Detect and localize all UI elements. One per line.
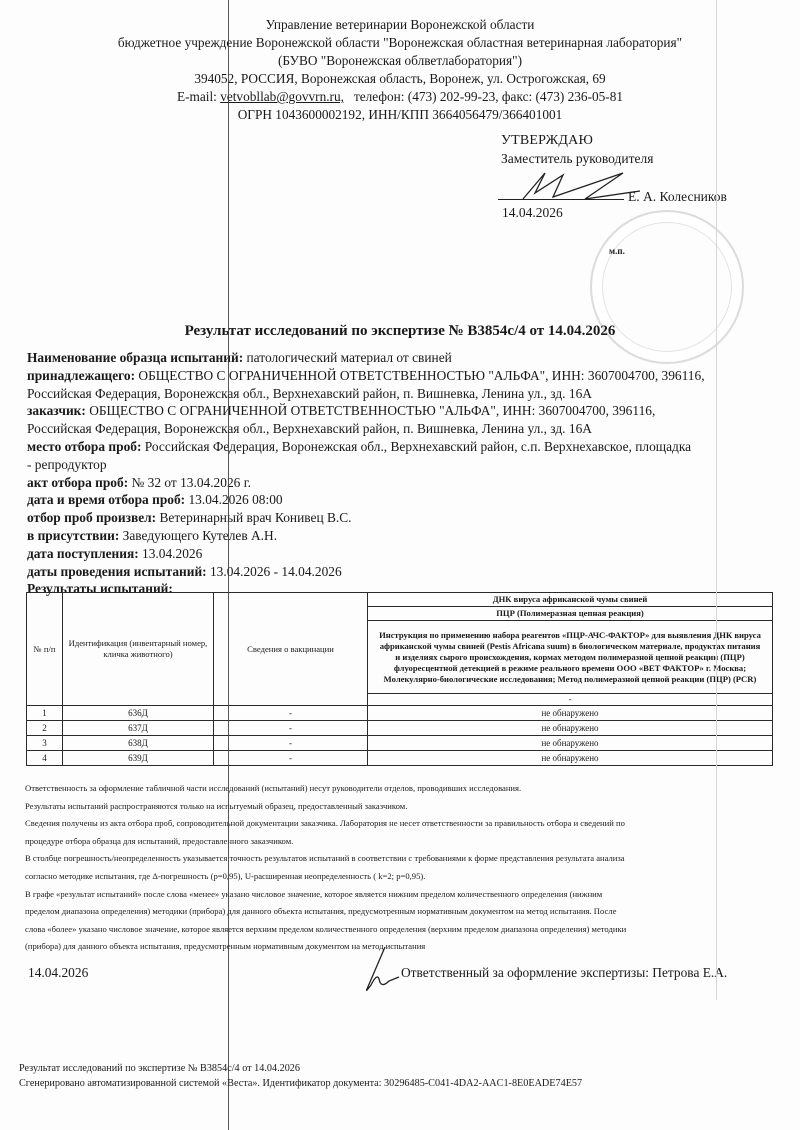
detail-label: акт отбора проб:: [27, 475, 128, 490]
note-line: Результаты испытаний распространяются то…: [25, 798, 785, 816]
approval-title: УТВЕРЖДАЮ: [501, 133, 653, 149]
detail-value: ОБЩЕСТВО С ОГРАНИЧЕННОЙ ОТВЕТСТВЕННОСТЬЮ…: [86, 403, 655, 418]
row-identification: 636Д: [63, 706, 214, 721]
note-line: Ответственность за оформление табличной …: [25, 780, 785, 798]
note-line: В графе «результат испытаний» после слов…: [25, 886, 785, 904]
responsible-person: Ответственный за оформление экспертизы: …: [401, 965, 727, 981]
detail-line: Наименование образца испытаний: патологи…: [27, 349, 777, 367]
detail-line: Российская Федерация, Воронежская обл., …: [27, 420, 777, 438]
phone-fax: телефон: (473) 202-99-23, факс: (473) 23…: [354, 89, 623, 104]
scan-artifact-line: [716, 0, 717, 1000]
detail-value: 13.04.2026 08:00: [185, 492, 282, 507]
detail-line: дата и время отбора проб: 13.04.2026 08:…: [27, 491, 777, 509]
detail-line: дата поступления: 13.04.2026: [27, 545, 777, 563]
row-number: 2: [27, 721, 63, 736]
detail-label: в присутствии:: [27, 528, 119, 543]
detail-label: дата и время отбора проб:: [27, 492, 185, 507]
header-identification: Идентификация (инвентарный номер, кличка…: [63, 593, 214, 706]
detail-label: заказчик:: [27, 403, 86, 418]
table-row: 4 639Д - не обнаружено: [27, 751, 773, 766]
detail-label: дата поступления:: [27, 546, 139, 561]
row-identification: 638Д: [63, 736, 214, 751]
note-line: процедуре отбора образца для испытаний, …: [25, 833, 785, 851]
detail-line: принадлежащего: ОБЩЕСТВО С ОГРАНИЧЕННОЙ …: [27, 367, 777, 385]
table-row: 3 638Д - не обнаружено: [27, 736, 773, 751]
header-lab-name: бюджетное учреждение Воронежской области…: [60, 34, 740, 52]
seal-stamp-icon: [590, 210, 744, 364]
note-line: В столбце погрешность/неопределенность у…: [25, 850, 785, 868]
header-address: 394052, РОССИЯ, Воронежская область, Вор…: [60, 70, 740, 88]
header-row-number: № п/п: [27, 593, 63, 706]
header-authority: Управление ветеринарии Воронежской облас…: [60, 16, 740, 34]
header-contacts: E-mail: vetvobllab@govvrn.ru, телефон: (…: [60, 88, 740, 106]
row-identification: 637Д: [63, 721, 214, 736]
row-number: 1: [27, 706, 63, 721]
detail-value: Заведующего Кутелев А.Н.: [119, 528, 277, 543]
organization-header: Управление ветеринарии Воронежской облас…: [60, 16, 740, 124]
note-line: пределом диапазона определения) методики…: [25, 903, 785, 921]
email-label: E-mail:: [177, 89, 217, 104]
detail-label: Наименование образца испытаний:: [27, 350, 243, 365]
row-vaccination: -: [214, 736, 368, 751]
detail-label: отбор проб произвел:: [27, 510, 156, 525]
detail-value: Российская Федерация, Воронежская обл., …: [27, 421, 592, 436]
detail-line: заказчик: ОБЩЕСТВО С ОГРАНИЧЕННОЙ ОТВЕТС…: [27, 402, 777, 420]
approver-name: Е. А. Колесников: [628, 189, 727, 205]
detail-value: Ветеринарный врач Конивец В.С.: [156, 510, 351, 525]
header-method-short: ПЦР (Полимеразная цепная реакция): [368, 607, 773, 621]
results-table: № п/п Идентификация (инвентарный номер, …: [26, 592, 773, 766]
detail-label: принадлежащего:: [27, 368, 135, 383]
signing-date: 14.04.2026: [28, 965, 88, 981]
footer-reference: Результат исследований по экспертизе № В…: [19, 1061, 582, 1076]
detail-line: акт отбора проб: № 32 от 13.04.2026 г.: [27, 474, 777, 492]
detail-value: ОБЩЕСТВО С ОГРАНИЧЕННОЙ ОТВЕТСТВЕННОСТЬЮ…: [135, 368, 704, 383]
detail-line: Российская Федерация, Воронежская обл., …: [27, 385, 777, 403]
header-units: -: [368, 694, 773, 706]
detail-line: даты проведения испытаний: 13.04.2026 - …: [27, 563, 777, 581]
row-vaccination: -: [214, 721, 368, 736]
stamp-place-label: м.п.: [609, 246, 625, 256]
note-line: Сведения получены из акта отбора проб, с…: [25, 815, 785, 833]
signature-line: [498, 199, 624, 200]
detail-value: Российская Федерация, Воронежская обл., …: [27, 386, 592, 401]
detail-value: 13.04.2026: [139, 546, 203, 561]
detail-line: в присутствии: Заведующего Кутелев А.Н.: [27, 527, 777, 545]
disclaimer-notes: Ответственность за оформление табличной …: [25, 780, 785, 956]
row-result: не обнаружено: [368, 751, 773, 766]
detail-value: 13.04.2026 - 14.04.2026: [207, 564, 342, 579]
header-method-full: Инструкция по применению набора реагенто…: [368, 621, 773, 694]
detail-line: - репродуктор: [27, 456, 777, 474]
row-number: 4: [27, 751, 63, 766]
row-result: не обнаружено: [368, 736, 773, 751]
approval-block: УТВЕРЖДАЮ Заместитель руководителя: [501, 133, 653, 167]
row-result: не обнаружено: [368, 706, 773, 721]
row-vaccination: -: [214, 706, 368, 721]
detail-value: № 32 от 13.04.2026 г.: [128, 475, 251, 490]
approver-signature-icon: [515, 163, 645, 203]
detail-line: отбор проб произвел: Ветеринарный врач К…: [27, 509, 777, 527]
header-vaccination: Сведения о вакцинации: [214, 593, 368, 706]
document-page: Управление ветеринарии Воронежской облас…: [0, 0, 800, 1130]
detail-value: патологический материал от свиней: [243, 350, 452, 365]
header-indicator: ДНК вируса африканской чумы свиней: [368, 593, 773, 607]
detail-line: место отбора проб: Российская Федерация,…: [27, 438, 777, 456]
header-lab-short: (БУВО "Воронежская облветлаборатория"): [60, 52, 740, 70]
sample-details: Наименование образца испытаний: патологи…: [27, 349, 777, 598]
document-title: Результат исследований по экспертизе № В…: [0, 323, 800, 340]
detail-value: Российская Федерация, Воронежская обл., …: [141, 439, 691, 454]
note-line: согласно методике испытания, где Δ-погре…: [25, 868, 785, 886]
row-identification: 639Д: [63, 751, 214, 766]
detail-value: - репродуктор: [27, 457, 107, 472]
table-row: 1 636Д - не обнаружено: [27, 706, 773, 721]
detail-label: даты проведения испытаний:: [27, 564, 207, 579]
approval-date: 14.04.2026: [502, 205, 563, 221]
document-footer: Результат исследований по экспертизе № В…: [19, 1061, 582, 1091]
header-registration: ОГРН 1043600002192, ИНН/КПП 3664056479/3…: [60, 106, 740, 124]
note-line: слова «более» указано числовое значение,…: [25, 921, 785, 939]
footer-generated: Сгенерировано автоматизированной системо…: [19, 1076, 582, 1091]
detail-label: место отбора проб:: [27, 439, 141, 454]
row-vaccination: -: [214, 751, 368, 766]
table-row: 2 637Д - не обнаружено: [27, 721, 773, 736]
row-number: 3: [27, 736, 63, 751]
email-link[interactable]: vetvobllab@govvrn.ru,: [220, 89, 344, 104]
scan-artifact-line: [228, 0, 229, 1130]
row-result: не обнаружено: [368, 721, 773, 736]
